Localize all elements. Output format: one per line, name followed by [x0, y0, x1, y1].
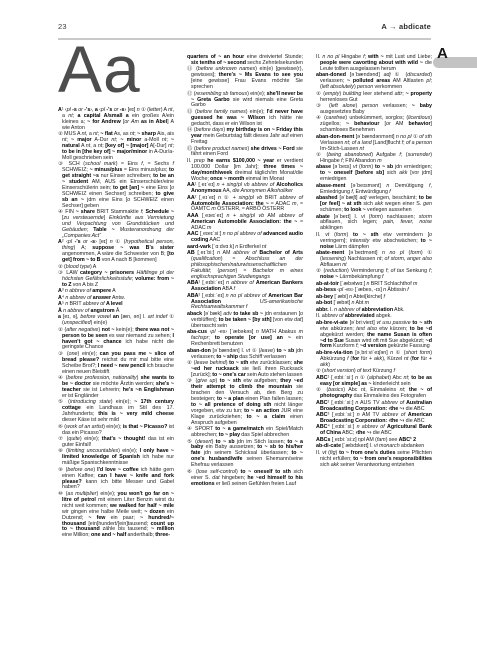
dictionary-entry: ③ (one) ein(e); can you pass me ~ slice … — [58, 352, 174, 376]
dictionary-entry: ⑪ (before unknown names) ein(e) [gewisse… — [187, 67, 303, 91]
dictionary-page: 23 A → abdicate A Aa A¹ ‹pl -s or -'s›, … — [0, 0, 477, 648]
dictionary-entry: AAA [ˌeɪeɪˈeɪ] n + sing/pl vb AM abbrev … — [187, 214, 303, 232]
dictionary-entry: aba-cus ‹pl -es› [ˈæbəkəs] n MATH Abakus… — [187, 330, 303, 348]
dictionary-entry: AB [ˌeɪˈbiː] n AM abbrev of Bachelor of … — [187, 251, 303, 281]
dictionary-entry: ab-bre-vi-ate [əˈbriːvieɪt] vt usu passi… — [316, 321, 432, 351]
dictionary-entry: aban-doned [əˈbændənd] adj ① (discarded)… — [316, 73, 432, 91]
dictionary-entry: ② (reduction) Verminderung f; of tax Sen… — [316, 269, 432, 281]
dictionary-entry: ② (empty) building leer stehend attr; ~ … — [316, 92, 432, 104]
dictionary-entry: abate [əˈbeɪt] I. vi (form) nachlassen; … — [316, 215, 432, 233]
dictionary-entry: ABA¹ [ˌeɪbiːˈeɪ] n abbrev of American Ba… — [187, 281, 303, 293]
dictionary-entry: ⑤ (desert) to ~ sb jdn im Stich lassen; … — [187, 440, 303, 470]
column-1-text: A¹ ‹pl -s or -'s›, a ‹pl -'s or -s› [eɪ]… — [58, 108, 174, 539]
dictionary-entry: ABC⁴ [ˌeɪbiːˈsiː] n abbrev of Agricultur… — [316, 425, 432, 437]
dictionary-entry: abase [əˈbeɪs] vt (form) to ~ sb jdn ern… — [316, 165, 432, 183]
dictionary-entry: ABC² [ˌeɪbiːˈsiː] n AUS TV abbrev of Aus… — [316, 401, 432, 413]
dictionary-entry: II. n no pl Hingabe f; with ~ mit Lust u… — [316, 55, 432, 73]
column-3: II. n no pl Hingabe f; with ~ mit Lust u… — [316, 44, 432, 540]
header-keyword-range: A → abdicate — [381, 22, 431, 31]
dictionary-entry: abashed [əˈbæʃt] adj verlegen, beschämt;… — [316, 196, 432, 214]
dictionary-entry: II. vt (form) to ~ sth etw vermindern [o… — [316, 233, 432, 251]
dictionary-entry: a [eɪ, ə], before vowel an [æn, ən] I. a… — [58, 315, 174, 327]
dictionary-entry: ⑧ (limiting uncountables) ein(e); I only… — [58, 449, 174, 467]
dictionary-entry: ④ (before profession, nationality) she w… — [58, 376, 174, 400]
dictionary-entry: ⑥ (lose self-control) to ~ oneself to st… — [187, 470, 303, 488]
dictionary-entry: ④ SPORT to ~ a game/match ein Spiel/Matc… — [187, 427, 303, 439]
dictionary-entry: ④ FIN ~ share BRIT Stammaktie f; Schedul… — [58, 210, 174, 240]
dictionary-entry: ③ (give up) to ~ sth etw aufgeben; they … — [187, 379, 303, 426]
dictionary-entry: ⑭ (before days) my birthday is on ~ Frid… — [187, 128, 303, 146]
dictionary-entry: ⑦ (quite) ein(e); that's ~ thought! das … — [58, 437, 174, 449]
dictionary-entry: ④ (carefree) unbekümmert, sorglos; (lice… — [316, 116, 432, 134]
dictionary-entry: ABC¹ [ˌeɪbiːˈsiː] n ① (alphabet) Abc nt;… — [316, 376, 432, 388]
dictionary-entry: ⑨ (before one) I'd love ~ coffee ich hät… — [58, 468, 174, 492]
dictionary-entry: AAC [ˌeɪeɪˈsiː] n no pl abbrev of advanc… — [187, 232, 303, 244]
column-2-text: quarters of ~ an hour eine dreiviertel S… — [187, 55, 303, 487]
dictionary-entry: ⑬ (before family names) ein(e); I'd neve… — [187, 110, 303, 128]
dictionary-entry: aban-don [əˈbændən] I. vt ① (leave) to ~… — [187, 349, 303, 361]
dictionary-entry: A² ‹pl -'s or -s› [eɪ] n ① (hypothetical… — [58, 240, 174, 264]
dictionary-entry: ⑮ (before product names) she drives ~ Fo… — [187, 147, 303, 159]
dictionary-entry: abate-ment [əˈbeɪtmənt] n no pl (form) ①… — [316, 251, 432, 269]
dictionary-entry: ② MUS A nt, a nt; ~ flat As, as nt; ~ sh… — [58, 132, 174, 162]
dictionary-entry: ab-bre-via-tion [əˌbriːviˈeɪʃən] n ① (sh… — [316, 351, 432, 369]
dictionary-entry: AA¹ [ˌeɪˈeɪ] n + sing/pl vb abbrev of Al… — [187, 183, 303, 195]
section-letter-dropcap: Aa — [58, 44, 174, 106]
dictionary-entry: ③ LAW category ~ prisoners Häftlinge pl … — [58, 271, 174, 289]
dictionary-entry: ② (basics) Abc nt, Einmaleins nt; the ~ … — [316, 388, 432, 400]
dictionary-entry: II. prep he earns $100,000 ~ year er ver… — [187, 159, 303, 183]
column-1: Aa A¹ ‹pl -s or -'s›, a ‹pl -'s or -s› [… — [58, 44, 174, 540]
dictionary-entry: aback [əˈbæk] adv to take sb ~ jdn ersta… — [187, 312, 303, 330]
text-columns: Aa A¹ ‹pl -s or -'s›, a ‹pl -'s or -s› [… — [58, 44, 432, 540]
dictionary-entry: ② (being abandoned) Aufgabe f; (surrende… — [316, 153, 432, 165]
dictionary-entry: A¹ ‹pl -s or -'s›, a ‹pl -'s or -s› [eɪ]… — [58, 108, 174, 132]
dictionary-entry: ② (leave behind) to ~ sth etw zurücklass… — [187, 361, 303, 379]
dictionary-entry: ③ SCH (school mark) ≈ Eins f, ≈ Sechs f … — [58, 162, 174, 209]
dictionary-entry: ABC³ [ˌeɪbiːˈsiː] n AM TV abbrev of Amer… — [316, 413, 432, 425]
dictionary-entry: II. vt (fig) to ~ from one's duties sein… — [316, 451, 432, 469]
dictionary-entry: ⑤ (introducing state) ein(e); ~ 17th cen… — [58, 400, 174, 424]
dictionary-entry: ⑥ (work of an artist) ein(e); is that ~ … — [58, 425, 174, 437]
dictionary-entry: ③ (left alone) person verlassen; ~ baby … — [316, 104, 432, 116]
dictionary-entry: ⑫ (resembling sb famous) ein(e); she'll … — [187, 92, 303, 110]
column-2: quarters of ~ an hour eine dreiviertel S… — [187, 44, 303, 540]
dictionary-entry: ② (after negative) not ~ kein(e); there … — [58, 328, 174, 352]
page-number: 23 — [58, 22, 67, 31]
column-3-text: II. n no pl Hingabe f; with ~ mit Lust u… — [316, 55, 432, 469]
dictionary-entry: aban-don-ment [əˈbændənmənt] n no pl ① o… — [316, 135, 432, 153]
dictionary-entry: ⑩ (as multiplier) ein(e); you won't go f… — [58, 492, 174, 539]
page-header: 23 A → abdicate — [58, 22, 431, 31]
dictionary-entry: ABA² [ˌeɪbiːˈeɪ] n no pl abbrev of Ameri… — [187, 294, 303, 312]
dictionary-entry: AA² [ˌeɪˈeɪ] n ① + sing/pl vb BRIT abbre… — [187, 196, 303, 214]
thumb-index-letter: A — [437, 46, 448, 61]
dictionary-entry: abase-ment [əˈbeɪsmənt] n Demütigung f, … — [316, 184, 432, 196]
